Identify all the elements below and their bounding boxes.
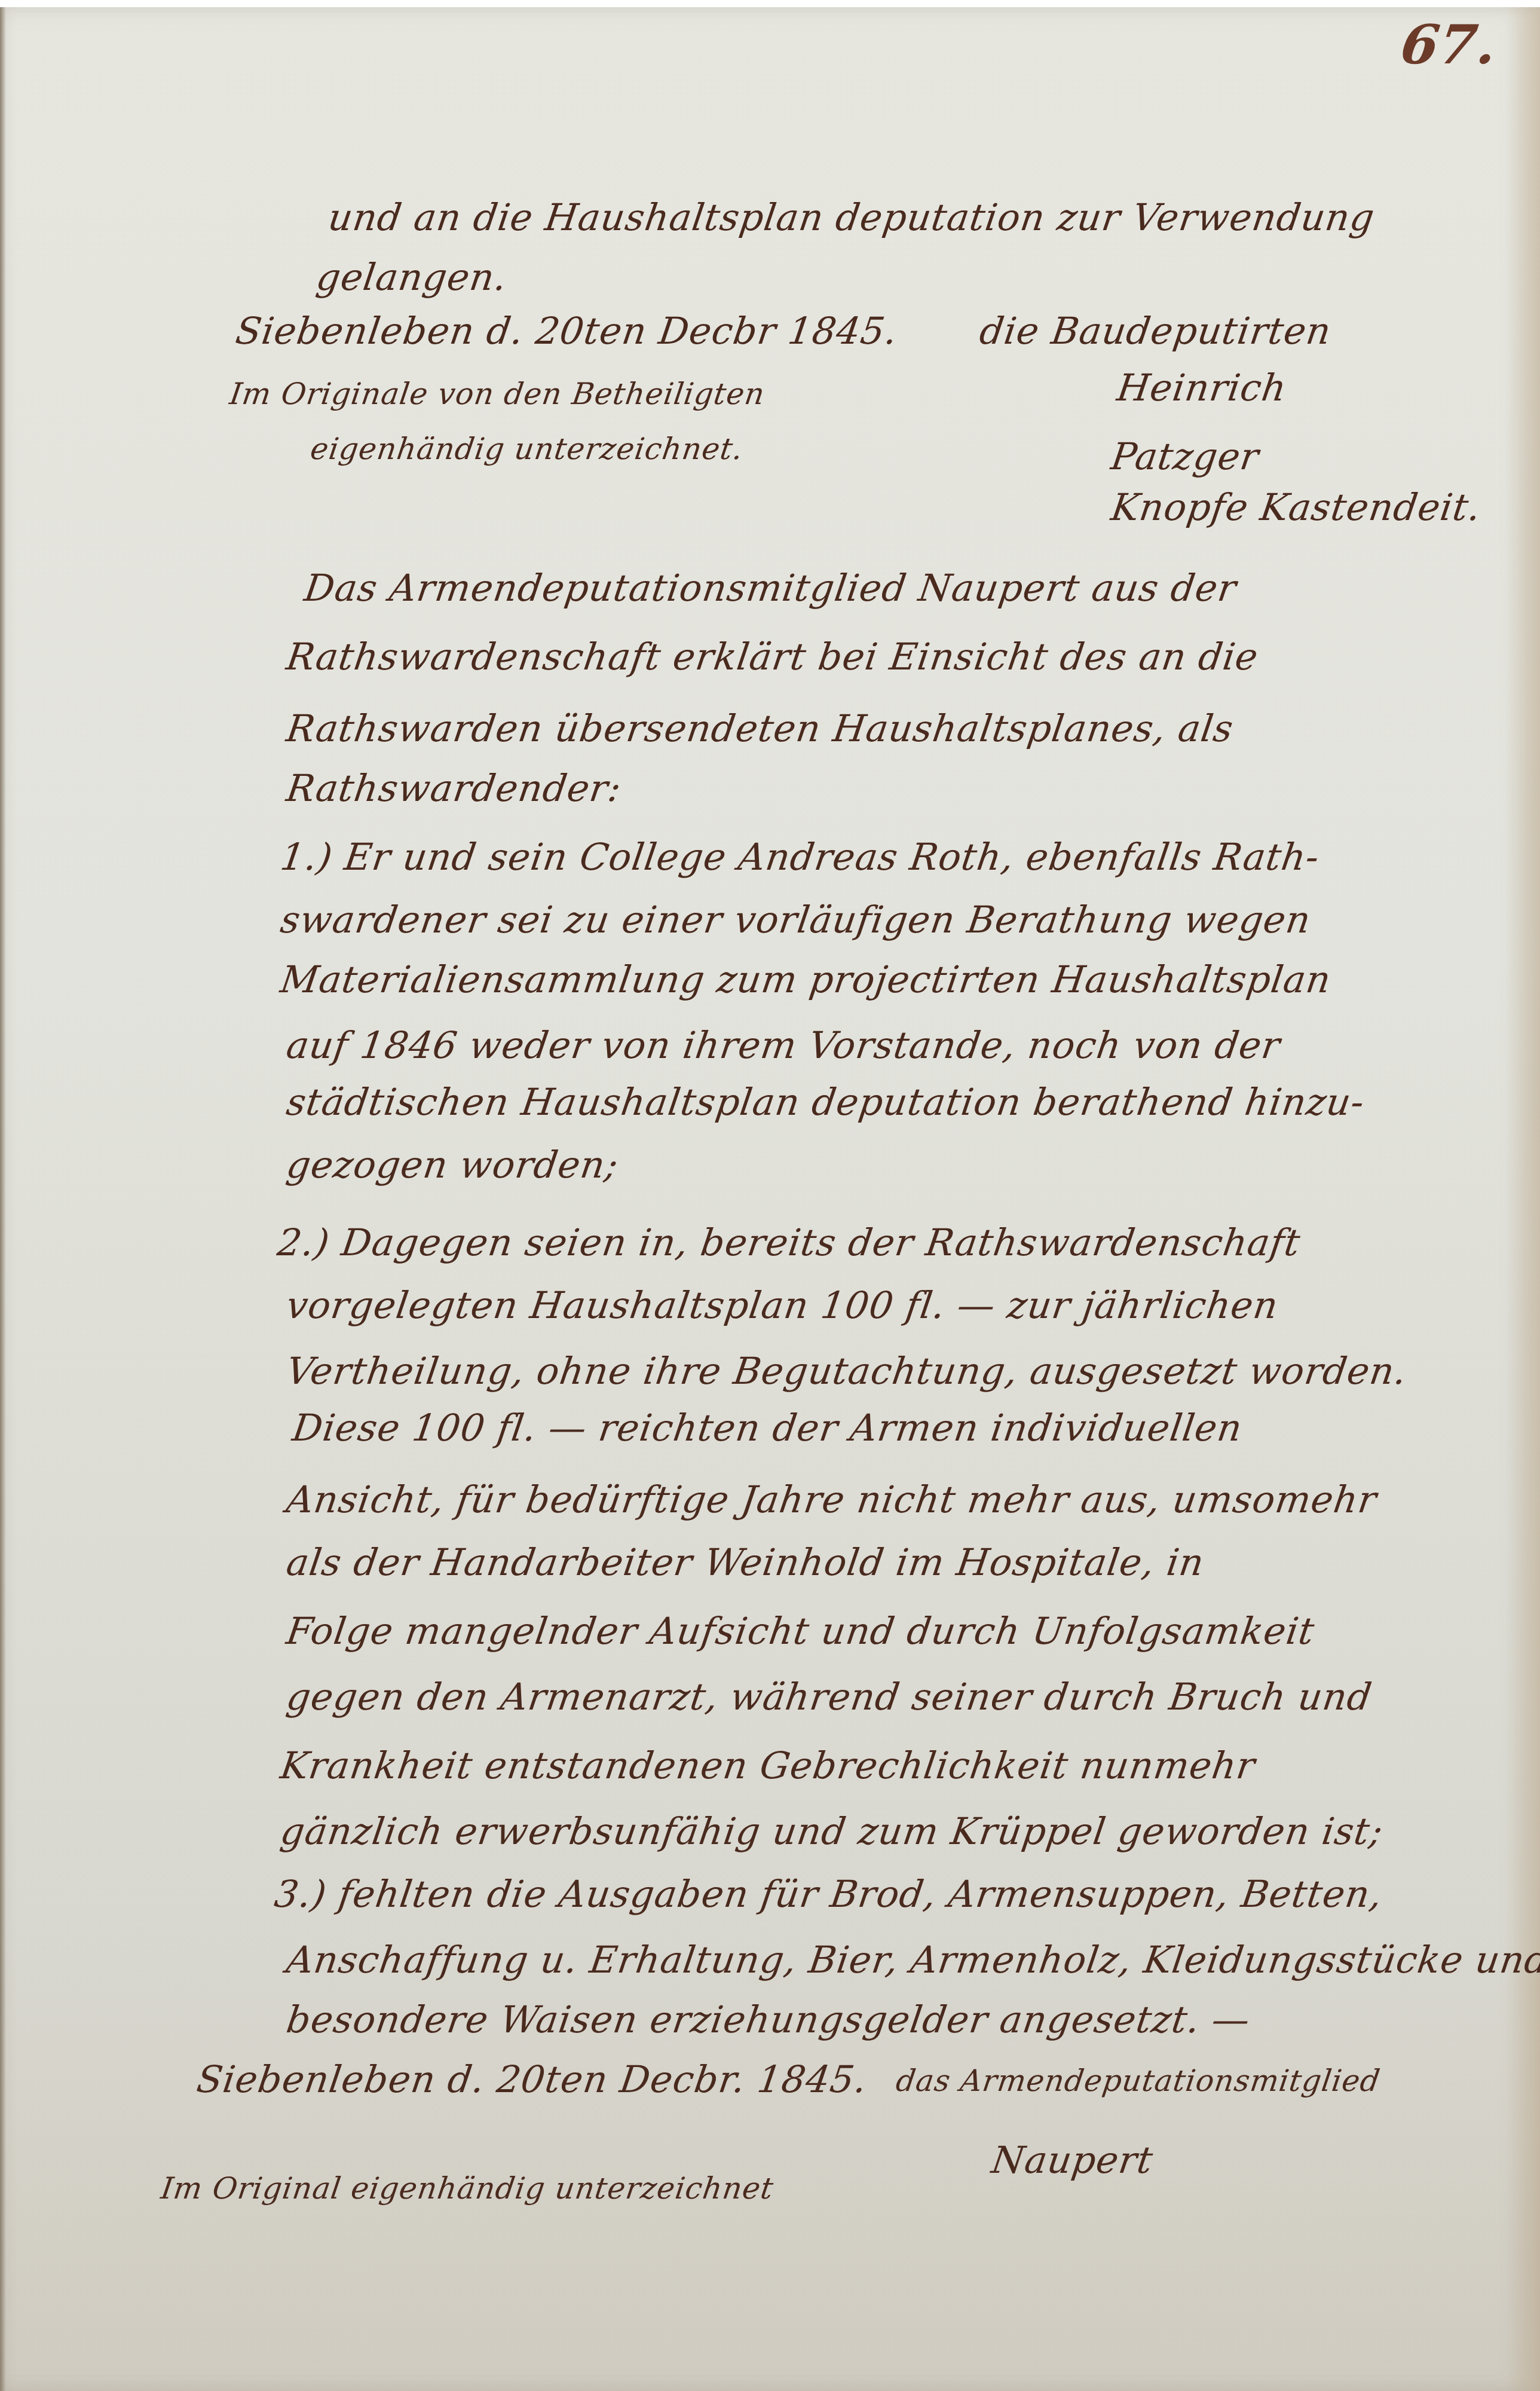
place-date: Siebenleben d. 20ten Decbr. 1845. bbox=[194, 2057, 870, 2101]
note-line: eigenhändig unterzeichnet. bbox=[308, 432, 746, 466]
signature: Knopfe Kastendeit. bbox=[1109, 485, 1484, 529]
list-item-line: Diese 100 fl. — reichten der Armen indiv… bbox=[290, 1406, 1245, 1450]
signature: Naupert bbox=[989, 2138, 1156, 2182]
list-item-line: 2.) Dagegen seien in, bereits der Rathsw… bbox=[275, 1221, 1303, 1264]
list-item-line: 1.) Er und sein College Andreas Roth, eb… bbox=[278, 835, 1322, 879]
page-number: 67. bbox=[1397, 13, 1501, 77]
page-edge-shadow bbox=[0, 7, 6, 2391]
signer-title: das Armendeputationsmitglied bbox=[894, 2063, 1383, 2098]
manuscript-page: ​ 67. und an die Haushaltsplan deputatio… bbox=[0, 7, 1540, 2391]
list-item-line: als der Handarbeiter Weinhold im Hospita… bbox=[284, 1540, 1207, 1584]
signers-heading: die Baudeputirten bbox=[977, 309, 1334, 353]
text-line: Rathswardenschaft erklärt bei Einsicht d… bbox=[284, 635, 1262, 678]
list-item-line: besondere Waisen erziehungsgelder angese… bbox=[284, 1998, 1253, 2041]
list-item-line: städtischen Haushaltsplan deputation ber… bbox=[284, 1080, 1367, 1124]
list-item-line: gegen den Armenarzt, während seiner durc… bbox=[284, 1675, 1375, 1719]
text-line: Rathswardender: bbox=[284, 766, 624, 810]
list-item-line: auf 1846 weder von ihrem Vorstande, noch… bbox=[284, 1023, 1283, 1067]
text-line: gelangen. bbox=[314, 255, 510, 299]
list-item-line: Materialiensammlung zum projectirten Hau… bbox=[278, 958, 1334, 1001]
list-item-line: Vertheilung, ohne ihre Begutachtung, aus… bbox=[284, 1349, 1410, 1393]
note-line: Im Originale von den Betheiligten bbox=[228, 377, 767, 411]
text-line: und an die Haushaltsplan deputation zur … bbox=[326, 195, 1377, 239]
place-date: Siebenleben d. 20ten Decbr 1845. bbox=[233, 309, 901, 353]
list-item-line: Anschaffung u. Erhaltung, Bier, Armenhol… bbox=[284, 1938, 1540, 1982]
list-item-line: vorgelegten Haushaltsplan 100 fl. — zur … bbox=[284, 1283, 1281, 1327]
text-line: Rathswarden übersendeten Haushaltsplanes… bbox=[284, 707, 1236, 750]
signature: Heinrich bbox=[1115, 366, 1290, 409]
list-item-line: Krankheit entstandenen Gebrechlichkeit n… bbox=[278, 1744, 1258, 1787]
list-item-line: Folge mangelnder Aufsicht und durch Unfo… bbox=[284, 1609, 1318, 1653]
text-line: Das Armendeputationsmitglied Naupert aus… bbox=[302, 566, 1239, 610]
list-item-line: gezogen worden; bbox=[284, 1143, 621, 1187]
list-item-line: Ansicht, für bedürftige Jahre nicht mehr… bbox=[284, 1478, 1380, 1521]
list-item-line: gänzlich erwerbsunfähig und zum Krüppel … bbox=[278, 1809, 1386, 1853]
note-line: Im Original eigenhändig unterzeichnet bbox=[159, 2171, 776, 2206]
list-item-line: 3.) fehlten die Ausgaben für Brod, Armen… bbox=[272, 1872, 1385, 1916]
list-item-line: swardener sei zu einer vorläufigen Berat… bbox=[278, 898, 1314, 941]
signature: Patzger bbox=[1109, 435, 1262, 478]
